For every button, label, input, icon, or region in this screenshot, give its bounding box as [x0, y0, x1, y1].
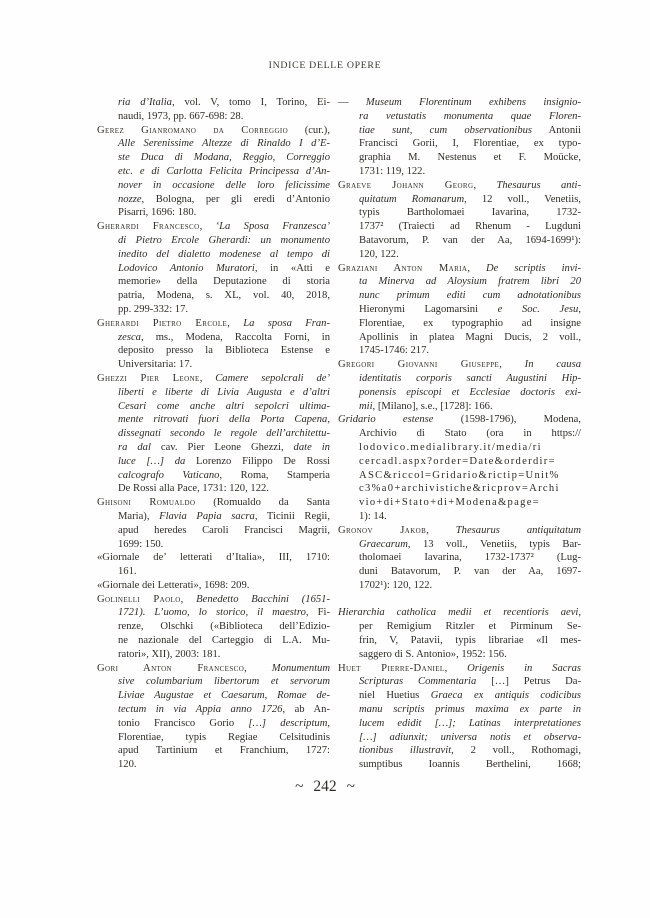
text-segment: , Bologna, per gli eredi d’Antonio — [142, 194, 330, 205]
text-segment: lodovico.medialibrary.it/media/ri — [359, 442, 542, 453]
text-segment: sive columbarium libertorum et servorum — [118, 676, 330, 687]
text-line: tonio Francisco Gorio […] descriptum, — [97, 717, 330, 731]
text-line: nover in occasione delle loro felicissim… — [97, 179, 330, 193]
text-segment: , — [467, 263, 486, 274]
text-segment: ra dal — [118, 442, 151, 453]
text-segment: , Roma, Stamperia — [219, 470, 330, 481]
author-name: Golinelli Paolo — [97, 594, 181, 605]
text-line: ra dal cav. Pier Leone Ghezzi, date in — [97, 441, 330, 455]
text-line: De Rossi alla Pace, 1731: 120, 122. — [97, 482, 330, 496]
text-line: memorie» della Deputazione di storia — [97, 275, 330, 289]
text-segment: , — [578, 304, 581, 315]
text-line: vio+di+Stato+di+Modena&page= — [338, 496, 581, 510]
text-segment: nozze — [118, 194, 142, 205]
text-line: Graeve Johann Georg, Thesaurus anti- — [338, 179, 581, 193]
bibliography-entry: Huet Pierre-Daniel, Origenis in SacrasSc… — [338, 662, 581, 772]
text-line: identitatis corporis sancti Augustini Hi… — [338, 372, 581, 386]
author-name: Gherardi Pietro Ercole — [97, 318, 227, 329]
text-line: Batavorum, P. van der Aa, 1694-1699¹): — [338, 234, 581, 248]
text-segment: Lorenzo Filippo De Rossi — [185, 456, 330, 467]
text-line: manu scriptis primus maxima ex parte in — [338, 703, 581, 717]
text-line: tectum in via Appia anno 1726, ab An- — [97, 703, 330, 717]
text-line: Scripturas Commentaria […] Petrus Da- — [338, 675, 581, 689]
text-segment: , [Milano], s.e., [1728]: 166. — [373, 401, 493, 412]
text-line: saggero di S. Antonio», 1952: 156. — [338, 648, 581, 662]
bibliography-entry: Ghezzi Pier Leone, Camere sepolcrali de’… — [97, 372, 330, 496]
text-segment: liberti e liberte di Livia Augusta e d’a… — [118, 387, 330, 398]
text-segment: , Fi- — [306, 607, 330, 618]
author-name: Graziani Anton Maria — [338, 263, 467, 274]
text-segment: , vol. V, tomo I, Torino, Ei- — [172, 97, 330, 108]
text-line: nozze, Bologna, per gli eredi d’Antonio — [97, 193, 330, 207]
text-segment: 1731: 119, 122. — [359, 166, 425, 177]
text-line: ta Minerva ad Aloysium fratrem libri 20 — [338, 275, 581, 289]
text-segment: deposito presso la Biblioteca Estense e — [118, 345, 330, 356]
text-segment: — — [338, 97, 366, 108]
text-line: Lodovico Antonio Muratori, in «Atti e — [97, 262, 330, 276]
text-segment: mii — [359, 401, 373, 412]
text-segment: , — [327, 718, 330, 729]
text-segment: saggero di S. Antonio», 1952: 156. — [359, 649, 507, 660]
text-line: […] adiunxit; universa notis et observa- — [338, 731, 581, 745]
right-column: — Museum Florentinum exhibens insignio-r… — [338, 96, 581, 772]
text-segment: Florentiae, ex typographio ad insigne — [359, 318, 581, 329]
text-line: liberti e liberte di Livia Augusta e d’a… — [97, 386, 330, 400]
text-line: Ghezzi Pier Leone, Camere sepolcrali de’ — [97, 372, 330, 386]
text-segment: apud heredes Caroli Francisci Magrii, — [118, 525, 330, 536]
text-segment: apud Tartinium et Franchium, 1727: — [118, 745, 330, 756]
text-segment: manu scriptis primus maxima ex parte in — [359, 704, 581, 715]
text-segment: tiae sunt, cum observationibus — [359, 125, 532, 136]
text-segment: (cur.), — [288, 125, 330, 136]
text-segment: Archivio di Stato (ora in https:// — [359, 428, 581, 439]
text-line: 1721). L’uomo, lo storico, il maestro, F… — [97, 606, 330, 620]
page-number: ~ 242 ~ — [0, 778, 650, 796]
text-line: Gridario estense (1598-1796), Modena, — [338, 413, 581, 427]
text-segment: Camere sepolcrali de’ — [215, 373, 330, 384]
text-line: sive columbarium libertorum et servorum — [97, 675, 330, 689]
text-line: Gerez Gianromano da Correggio (cur.), — [97, 124, 330, 138]
text-line: niel Huetius Graeca ex antiquis codicibu… — [338, 689, 581, 703]
text-segment: ‘La Sposa Franzesca’ — [216, 221, 330, 232]
text-line: ne nazionale del Carteggio di L.A. Mu- — [97, 634, 330, 648]
text-line: nunc primum editi cum adnotationibus — [338, 289, 581, 303]
text-segment: , — [445, 663, 468, 674]
text-line: ratori», XII), 2003: 181. — [97, 648, 330, 662]
text-segment: Universitaria: 17. — [118, 359, 192, 370]
text-segment: luce […] da — [118, 456, 185, 467]
text-segment: graphia M. Nestenus et F. Moücke, — [359, 152, 581, 163]
text-segment: niel Huetius — [359, 690, 431, 701]
text-line: Archivio di Stato (ora in https:// — [338, 427, 581, 441]
text-segment: patria, Modena, s. XL, vol. 40, 2018, — [118, 290, 330, 301]
bibliography-entry: Graeve Johann Georg, Thesaurus anti-quit… — [338, 179, 581, 262]
text-line: 161. — [97, 565, 330, 579]
bibliography-entry: Gherardi Pietro Ercole, La sposa Fran-ze… — [97, 317, 330, 372]
text-line: deposito presso la Biblioteca Estense e — [97, 344, 330, 358]
text-line: Huet Pierre-Daniel, Origenis in Sacras — [338, 662, 581, 676]
text-line: di Pietro Ercole Gherardi: un monumento — [97, 234, 330, 248]
text-segment: Hieronymi Lagomarsini — [359, 304, 498, 315]
text-segment: typis Bartholomaei Iavarina, 1732- — [359, 207, 581, 218]
text-segment: zesca — [118, 332, 141, 343]
text-segment: Pisarri, 1696: 180. — [118, 207, 196, 218]
text-line: frin, V, Patavii, typis librariae «Il me… — [338, 634, 581, 648]
text-segment: e Soc. Jesu — [498, 304, 579, 315]
text-segment: Scripturas Commentaria — [359, 676, 476, 687]
text-segment: , — [499, 359, 524, 370]
text-line: dissegnati secondo le regole dell’archit… — [97, 427, 330, 441]
text-line: apud heredes Caroli Francisci Magrii, — [97, 524, 330, 538]
text-segment: Florentiae, typis Regiae Celsitudinis — [118, 732, 330, 743]
text-segment: tionibus illustravit — [359, 745, 451, 756]
text-line: lucem edidit […]; Latinas interpretation… — [338, 717, 581, 731]
text-line: Golinelli Paolo, Benedetto Bacchini (165… — [97, 593, 330, 607]
text-segment: date in — [294, 442, 330, 453]
text-segment: , 13 voll., Venetiis, typis Bar- — [408, 539, 581, 550]
text-segment: , — [200, 221, 216, 232]
text-segment: Liviae Augustae et Caesarum, Romae de- — [118, 690, 330, 701]
text-line: calcografo Vaticano, Roma, Stamperia — [97, 469, 330, 483]
text-line: pp. 299-332: 17. — [97, 303, 330, 317]
bibliography-entry: Gori Anton Francesco, Monumentumsive col… — [97, 662, 330, 772]
text-segment: 1699: 150. — [118, 539, 163, 550]
author-name: Gherardi Francesco — [97, 221, 200, 232]
text-segment: Francisci Gorii, I, Florentiae, ex typo- — [359, 138, 581, 149]
text-line: Gregori Giovanni Giuseppe, In causa — [338, 358, 581, 372]
text-segment: Cesari come anche altri sepolcri ultima- — [118, 401, 330, 412]
text-line: lodovico.medialibrary.it/media/ri — [338, 441, 581, 455]
text-line: mente ritrovati fuori della Porta Capena… — [97, 413, 330, 427]
text-segment: Lodovico Antonio Muratori — [118, 263, 255, 274]
text-line: zesca, ms., Modena, Raccolta Forni, in — [97, 331, 330, 345]
text-line: naudi, 1973, pp. 667-698: 28. — [97, 110, 330, 124]
text-segment: cercadl.aspx?order=Date&orderdir= — [359, 456, 556, 467]
text-segment: tectum in via Appia anno 1726 — [118, 704, 282, 715]
text-segment: , — [181, 594, 196, 605]
text-segment: , — [200, 373, 216, 384]
text-line: ponensis episcopi et Ecclesiae doctoris … — [338, 386, 581, 400]
text-line: Hieronymi Lagomarsini e Soc. Jesu, — [338, 303, 581, 317]
text-segment: 1): 14. — [359, 511, 387, 522]
bibliography-entry: ria d’Italia, vol. V, tomo I, Torino, Ei… — [97, 96, 330, 124]
text-segment: Thesaurus anti- — [496, 180, 581, 191]
text-segment: […] adiunxit; universa notis et observa- — [359, 732, 581, 743]
text-segment: Thesaurus antiquitatum — [456, 525, 581, 536]
text-line: Francisci Gorii, I, Florentiae, ex typo- — [338, 137, 581, 151]
text-line: inedito del dialetto modenese al tempo d… — [97, 248, 330, 262]
bibliography-entry: Gerez Gianromano da Correggio (cur.),All… — [97, 124, 330, 221]
text-segment: Antonii — [532, 125, 581, 136]
text-segment: Graeca ex antiquis codicibus — [431, 690, 581, 701]
text-line: 1737² (Traiecti ad Rhenum - Lugduni — [338, 220, 581, 234]
text-line: ASC&riccol=Gridario&rictip=Unit% — [338, 469, 581, 483]
text-segment: Maria), — [118, 511, 159, 522]
text-line: Graziani Anton Maria, De scriptis invi- — [338, 262, 581, 276]
text-line: ra vetustatis monumenta quae Floren- — [338, 110, 581, 124]
text-segment: , — [473, 180, 496, 191]
text-segment: In causa — [525, 359, 581, 370]
bibliography-entry: Graziani Anton Maria, De scriptis invi-t… — [338, 262, 581, 359]
author-name: Gronov Jakob — [338, 525, 426, 536]
text-segment: identitatis corporis sancti Augustini Hi… — [359, 373, 581, 384]
text-segment: naudi, 1973, pp. 667-698: 28. — [118, 111, 243, 122]
text-line: Cesari come anche altri sepolcri ultima- — [97, 400, 330, 414]
text-segment: Flavia Papia sacra — [159, 511, 255, 522]
text-segment: Gridario estense — [338, 414, 434, 425]
text-segment: per Remigium Ritzler et Pirminum Se- — [359, 621, 581, 632]
text-line: Gronov Jakob, Thesaurus antiquitatum — [338, 524, 581, 538]
text-segment: (Romualdo da Santa — [195, 497, 330, 508]
text-segment: «Giornale de’ letterati d’Italia», III, … — [97, 552, 330, 563]
text-segment: Origenis in Sacras — [467, 663, 581, 674]
text-line: 1699: 150. — [97, 538, 330, 552]
text-segment: pp. 299-332: 17. — [118, 304, 188, 315]
text-segment: nunc primum editi cum adnotationibus — [359, 290, 581, 301]
text-line: 120. — [97, 758, 330, 772]
text-segment: duni Batavorum, P. van der Aa, 1697- — [359, 566, 581, 577]
text-segment: nover in occasione delle loro felicissim… — [118, 180, 330, 191]
text-segment: Monumentum — [272, 663, 330, 674]
text-segment: , in «Atti e — [255, 263, 330, 274]
text-segment: vio+di+Stato+di+Modena&page= — [359, 497, 540, 508]
bibliography-entry: Hierarchia catholica medii et recentiori… — [338, 606, 581, 661]
bibliography-entry: «Giornale de’ letterati d’Italia», III, … — [97, 551, 330, 579]
text-segment: 120. — [118, 759, 137, 770]
text-segment: Graecarum — [359, 539, 408, 550]
author-name: Ghisoni Romualdo — [97, 497, 195, 508]
text-segment: (1598-1796), Modena, — [434, 414, 581, 425]
text-line: Liviae Augustae et Caesarum, Romae de- — [97, 689, 330, 703]
text-segment: De Rossi alla Pace, 1731: 120, 122. — [118, 483, 269, 494]
text-segment: 1745-1746: 217. — [359, 345, 429, 356]
bibliography-entry: Gregori Giovanni Giuseppe, In causaident… — [338, 358, 581, 413]
text-line: graphia M. Nestenus et F. Moücke, — [338, 151, 581, 165]
text-line: «Giornale dei Letterati», 1698: 209. — [97, 579, 330, 593]
text-segment: ta Minerva ad Aloysium fratrem libri 20 — [359, 276, 581, 287]
text-segment: ste Duca di Modana, Reggio, Correggio — [118, 152, 330, 163]
text-segment: 120, 122. — [359, 249, 399, 260]
text-segment: ne nazionale del Carteggio di L.A. Mu- — [118, 635, 330, 646]
text-line: — Museum Florentinum exhibens insignio- — [338, 96, 581, 110]
text-line: Ghisoni Romualdo (Romualdo da Santa — [97, 496, 330, 510]
text-line: Pisarri, 1696: 180. — [97, 206, 330, 220]
text-segment: , ms., Modena, Raccolta Forni, in — [141, 332, 330, 343]
text-segment: De scriptis invi- — [486, 263, 581, 274]
text-segment: c3%a0+archivistiche&ricprov=Archi — [359, 483, 560, 494]
text-segment: , 2 voll., Rothomagi, — [451, 745, 581, 756]
text-line: «Giornale de’ letterati d’Italia», III, … — [97, 551, 330, 565]
text-segment: 1721). L’uomo, lo storico, il maestro — [118, 607, 306, 618]
text-line: ria d’Italia, vol. V, tomo I, Torino, Ei… — [97, 96, 330, 110]
text-segment: Benedetto Bacchini (1651- — [196, 594, 330, 605]
text-segment: Museum Florentinum exhibens insignio- — [366, 97, 581, 108]
text-line: per Remigium Ritzler et Pirminum Se- — [338, 620, 581, 634]
text-segment: cav. Pier Leone Ghezzi, — [151, 442, 294, 453]
text-segment: ra vetustatis monumenta quae Floren- — [359, 111, 581, 122]
text-segment: tonio Francisco Gorio — [118, 718, 248, 729]
bibliography-entry: Gronov Jakob, Thesaurus antiquitatumGrae… — [338, 524, 581, 593]
bibliography-entry: «Giornale dei Letterati», 1698: 209. — [97, 579, 330, 593]
text-segment: 1737² (Traiecti ad Rhenum - Lugduni — [359, 221, 581, 232]
text-segment: tholomaei Iavarina, 1732-1737² (Lug- — [359, 552, 581, 563]
text-line: 1): 14. — [338, 510, 581, 524]
text-line: Gherardi Pietro Ercole, La sposa Fran- — [97, 317, 330, 331]
text-segment: Hierarchia catholica medii et recentiori… — [338, 607, 578, 618]
text-line: Apollinis in platea Magni Ducis, 2 voll.… — [338, 331, 581, 345]
bibliography-entry: Gridario estense (1598-1796), Modena,Arc… — [338, 413, 581, 523]
text-line: etc. e di Carlotta Felicita Principessa … — [97, 165, 330, 179]
text-segment: mente ritrovati fuori della Porta Capena… — [118, 414, 330, 425]
text-line: 1745-1746: 217. — [338, 344, 581, 358]
text-segment: , 12 voll., Venetiis, — [464, 194, 581, 205]
page-header-title: INDICE DELLE OPERE — [0, 60, 650, 71]
text-line: c3%a0+archivistiche&ricprov=Archi — [338, 482, 581, 496]
text-segment: ASC&riccol=Gridario&rictip=Unit% — [359, 470, 560, 481]
text-segment: , — [227, 318, 243, 329]
text-segment: 1702¹): 120, 122. — [359, 580, 432, 591]
text-segment: etc. e di Carlotta Felicita Principessa … — [118, 166, 330, 177]
text-segment: di Pietro Ercole Gherardi: un monumento — [118, 235, 330, 246]
author-name: Huet Pierre-Daniel — [338, 663, 445, 674]
bibliography-entry: Gherardi Francesco, ‘La Sposa Franzesca’… — [97, 220, 330, 317]
author-name: Gerez Gianromano da Correggio — [97, 125, 288, 136]
text-segment: renze, Olschki («Biblioteca dell’Edizio- — [118, 621, 330, 632]
text-line: Florentiae, ex typographio ad insigne — [338, 317, 581, 331]
author-name: Gregori Giovanni Giuseppe — [338, 359, 499, 370]
text-line: Florentiae, typis Regiae Celsitudinis — [97, 731, 330, 745]
bibliography-entry: Ghisoni Romualdo (Romualdo da SantaMaria… — [97, 496, 330, 551]
text-segment: ratori», XII), 2003: 181. — [118, 649, 220, 660]
text-segment: […] Petrus Da- — [476, 676, 581, 687]
text-segment: «Giornale dei Letterati», 1698: 209. — [97, 580, 249, 591]
text-line: ste Duca di Modana, Reggio, Correggio — [97, 151, 330, 165]
text-segment: ria d’Italia — [118, 97, 172, 108]
text-line: apud Tartinium et Franchium, 1727: — [97, 744, 330, 758]
text-segment: inedito del dialetto modenese al tempo d… — [118, 249, 330, 260]
text-segment: ponensis episcopi et Ecclesiae doctoris … — [359, 387, 581, 398]
text-line: cercadl.aspx?order=Date&orderdir= — [338, 455, 581, 469]
text-segment: , ab An- — [282, 704, 330, 715]
bibliography-entry: Golinelli Paolo, Benedetto Bacchini (165… — [97, 593, 330, 662]
text-line: tionibus illustravit, 2 voll., Rothomagi… — [338, 744, 581, 758]
author-name: Graeve Johann Georg — [338, 180, 473, 191]
text-line: Hierarchia catholica medii et recentiori… — [338, 606, 581, 620]
text-segment: memorie» della Deputazione di storia — [118, 276, 330, 287]
text-segment: 161. — [118, 566, 137, 577]
text-line: sumptibus Ioannis Berthelini, 1668; — [338, 758, 581, 772]
text-line: 1731: 119, 122. — [338, 165, 581, 179]
text-segment: frin, V, Patavii, typis librariae «Il me… — [359, 635, 581, 646]
author-name: Gori Anton Francesco — [97, 663, 244, 674]
text-segment: dissegnati secondo le regole dell’archit… — [118, 428, 330, 439]
text-line: tiae sunt, cum observationibus Antonii — [338, 124, 581, 138]
text-line: renze, Olschki («Biblioteca dell’Edizio- — [97, 620, 330, 634]
text-segment: , — [578, 607, 581, 618]
book-page: INDICE DELLE OPERE ria d’Italia, vol. V,… — [0, 0, 650, 918]
section-gap — [338, 593, 581, 607]
text-segment: Alle Serenissime Altezze di Rinaldo I d’… — [118, 138, 330, 149]
text-line: patria, Modena, s. XL, vol. 40, 2018, — [97, 289, 330, 303]
text-segment: , — [244, 663, 272, 674]
text-line: typis Bartholomaei Iavarina, 1732- — [338, 206, 581, 220]
text-segment: La sposa Fran- — [243, 318, 330, 329]
text-segment: […] descriptum — [248, 718, 327, 729]
text-line: tholomaei Iavarina, 1732-1737² (Lug- — [338, 551, 581, 565]
text-segment: , Ticinii Regii, — [255, 511, 330, 522]
text-line: Universitaria: 17. — [97, 358, 330, 372]
text-line: 120, 122. — [338, 248, 581, 262]
text-line: quitatum Romanarum, 12 voll., Venetiis, — [338, 193, 581, 207]
text-line: 1702¹): 120, 122. — [338, 579, 581, 593]
text-line: Gherardi Francesco, ‘La Sposa Franzesca’ — [97, 220, 330, 234]
text-line: mii, [Milano], s.e., [1728]: 166. — [338, 400, 581, 414]
text-segment: lucem edidit […]; Latinas interpretation… — [359, 718, 581, 729]
text-line: Alle Serenissime Altezze di Rinaldo I d’… — [97, 137, 330, 151]
text-line: Graecarum, 13 voll., Venetiis, typis Bar… — [338, 538, 581, 552]
text-line: Gori Anton Francesco, Monumentum — [97, 662, 330, 676]
text-line: duni Batavorum, P. van der Aa, 1697- — [338, 565, 581, 579]
text-segment: calcografo Vaticano — [118, 470, 219, 481]
text-segment: Apollinis in platea Magni Ducis, 2 voll.… — [359, 332, 581, 343]
text-segment: sumptibus Ioannis Berthelini, 1668; — [359, 759, 581, 770]
bibliography-entry: — Museum Florentinum exhibens insignio-r… — [338, 96, 581, 179]
left-column: ria d’Italia, vol. V, tomo I, Torino, Ei… — [97, 96, 330, 772]
text-line: Maria), Flavia Papia sacra, Ticinii Regi… — [97, 510, 330, 524]
text-segment: , — [426, 525, 456, 536]
text-segment: Batavorum, P. van der Aa, 1694-1699¹): — [359, 235, 581, 246]
author-name: Ghezzi Pier Leone — [97, 373, 200, 384]
text-line: luce […] da Lorenzo Filippo De Rossi — [97, 455, 330, 469]
text-segment: quitatum Romanarum — [359, 194, 464, 205]
